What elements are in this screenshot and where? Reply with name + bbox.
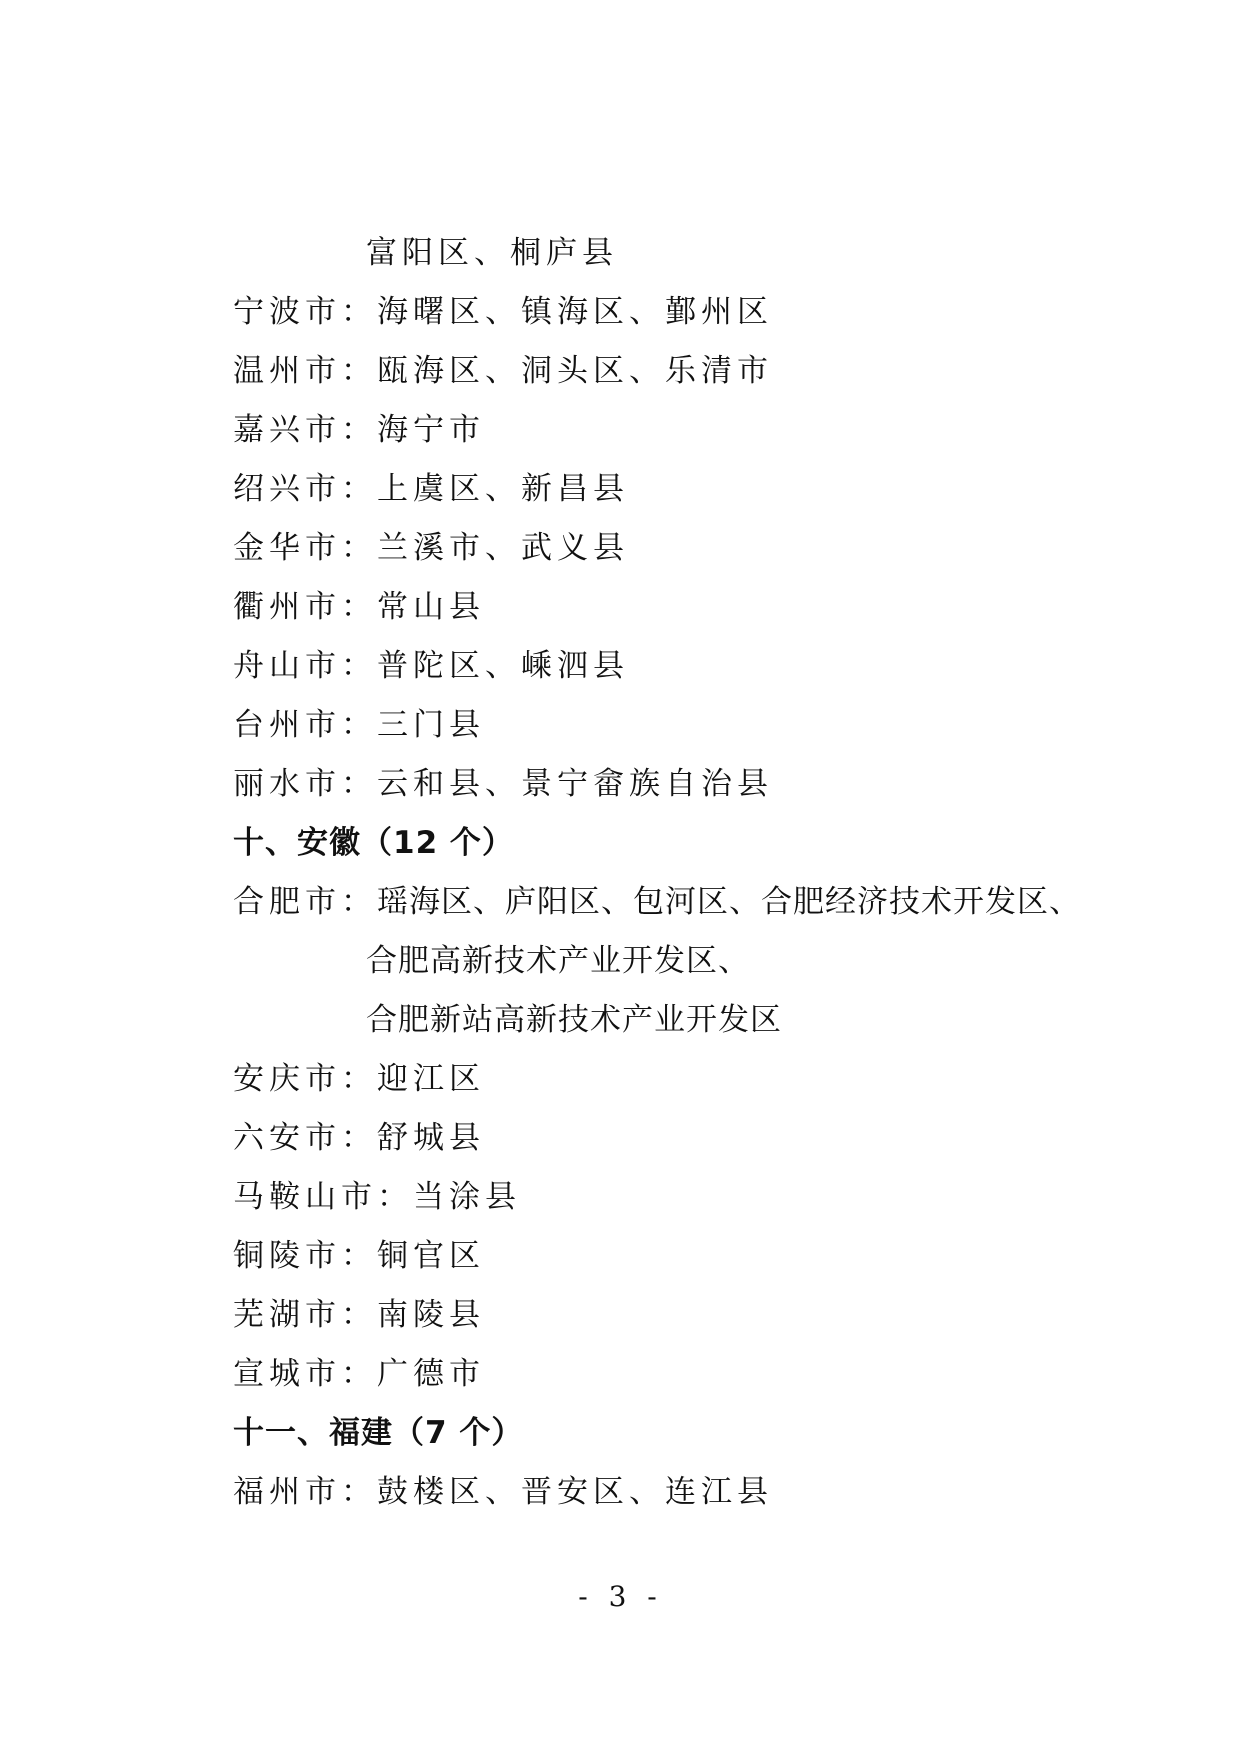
district-list: 海宁市 (377, 410, 485, 450)
city-line-xuancheng: 宣城市：广德市 (233, 1354, 485, 1394)
city-line-jiaxing: 嘉兴市：海宁市 (233, 410, 485, 450)
city-name: 六安市： (233, 1118, 377, 1158)
city-line-jinhua: 金华市：兰溪市、武义县 (233, 528, 629, 568)
city-name: 台州市： (233, 705, 377, 745)
district-list: 常山县 (377, 587, 485, 627)
city-name: 温州市： (233, 351, 377, 391)
district-list: 广德市 (377, 1354, 485, 1394)
city-line-lishui: 丽水市：云和县、景宁畲族自治县 (233, 764, 773, 804)
city-line-ningbo: 宁波市：海曙区、镇海区、鄞州区 (233, 292, 773, 332)
page-number: - 3 - (0, 1580, 1241, 1613)
district-list: 瓯海区、洞头区、乐清市 (377, 351, 773, 391)
city-name: 宁波市： (233, 292, 377, 332)
city-line-taizhou: 台州市：三门县 (233, 705, 485, 745)
city-line-wenzhou: 温州市：瓯海区、洞头区、乐清市 (233, 351, 773, 391)
district-list: 鼓楼区、晋安区、连江县 (377, 1472, 773, 1512)
district-list: 海曙区、镇海区、鄞州区 (377, 292, 773, 332)
city-name: 绍兴市： (233, 469, 377, 509)
city-name: 舟山市： (233, 646, 377, 686)
city-name: 福州市： (233, 1472, 377, 1512)
city-line-fuzhou: 福州市：鼓楼区、晋安区、连江县 (233, 1472, 773, 1512)
city-line-luan: 六安市：舒城县 (233, 1118, 485, 1158)
district-list: 兰溪市、武义县 (377, 528, 629, 568)
city-name: 宣城市： (233, 1354, 377, 1394)
city-name: 合肥市： (233, 882, 377, 922)
district-list: 铜官区 (377, 1236, 485, 1276)
city-name: 铜陵市： (233, 1236, 377, 1276)
district-list: 云和县、景宁畲族自治县 (377, 764, 773, 804)
city-name: 衢州市： (233, 587, 377, 627)
city-name: 马鞍山市： (233, 1177, 413, 1217)
continuation-line: 富阳区、桐庐县 (366, 233, 618, 273)
city-line-wuhu: 芜湖市：南陵县 (233, 1295, 485, 1335)
district-list: 普陀区、嵊泗县 (377, 646, 629, 686)
city-name: 丽水市： (233, 764, 377, 804)
city-line-maanshan: 马鞍山市：当涂县 (233, 1177, 521, 1217)
city-line-zhoushan: 舟山市：普陀区、嵊泗县 (233, 646, 629, 686)
city-name: 安庆市： (233, 1059, 377, 1099)
district-list: 上虞区、新昌县 (377, 469, 629, 509)
city-line-tongling: 铜陵市：铜官区 (233, 1236, 485, 1276)
district-list: 富阳区、桐庐县 (366, 235, 618, 271)
city-line-quzhou: 衢州市：常山县 (233, 587, 485, 627)
city-name: 芜湖市： (233, 1295, 377, 1335)
district-list: 瑶海区、庐阳区、包河区、合肥经济技术开发区、 (377, 882, 1081, 922)
city-name: 嘉兴市： (233, 410, 377, 450)
district-list: 南陵县 (377, 1295, 485, 1335)
city-line-hefei: 合肥市：瑶海区、庐阳区、包河区、合肥经济技术开发区、 (233, 882, 1081, 922)
city-line-anqing: 安庆市：迎江区 (233, 1059, 485, 1099)
section-heading-anhui: 十、安徽（12 个） (233, 823, 514, 863)
district-list: 当涂县 (413, 1177, 521, 1217)
district-list: 舒城县 (377, 1118, 485, 1158)
city-name: 金华市： (233, 528, 377, 568)
district-list: 迎江区 (377, 1059, 485, 1099)
district-list: 合肥新站高新技术产业开发区 (366, 1002, 782, 1038)
section-heading-fujian: 十一、福建（7 个） (233, 1413, 523, 1453)
continuation-line: 合肥高新技术产业开发区、 (366, 941, 750, 981)
city-line-shaoxing: 绍兴市：上虞区、新昌县 (233, 469, 629, 509)
district-list: 合肥高新技术产业开发区、 (366, 943, 750, 979)
document-page: 富阳区、桐庐县 宁波市：海曙区、镇海区、鄞州区 温州市：瓯海区、洞头区、乐清市 … (0, 0, 1241, 1754)
district-list: 三门县 (377, 705, 485, 745)
continuation-line: 合肥新站高新技术产业开发区 (366, 1000, 782, 1040)
